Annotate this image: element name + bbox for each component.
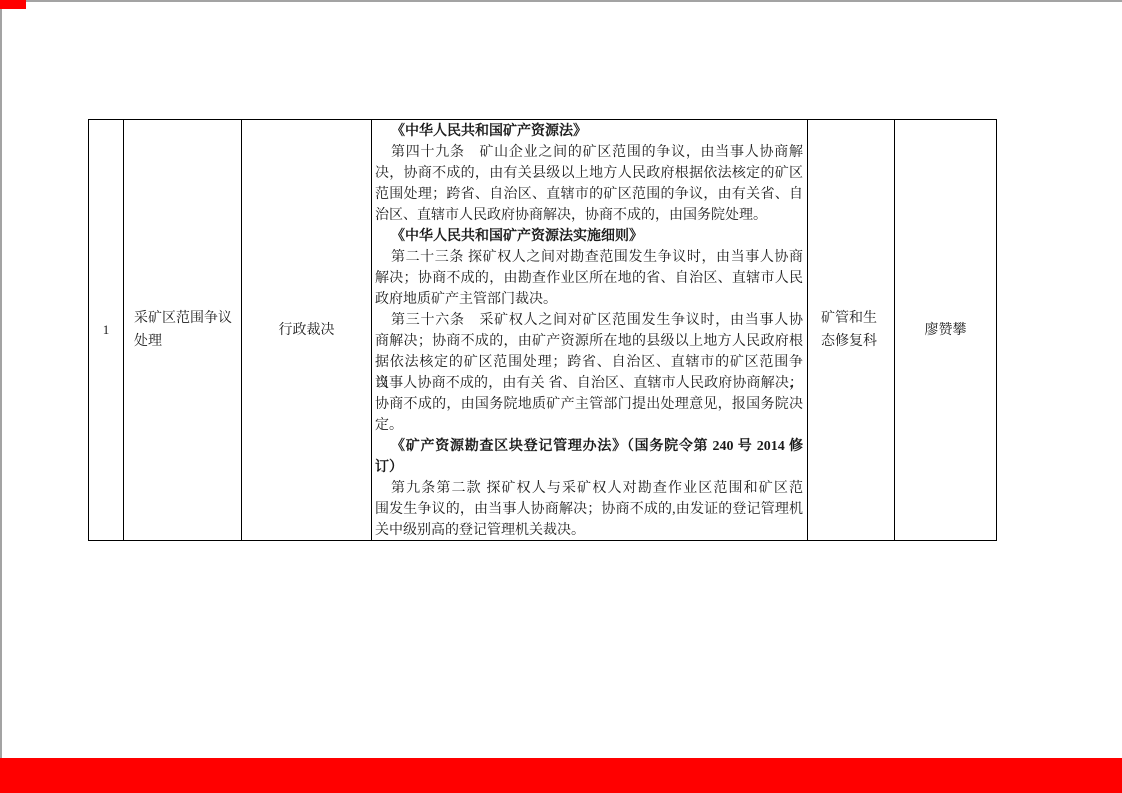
legal-line: 范围处理；跨省、自治区、直辖市的矿区范围的争议，由有关省、自 bbox=[375, 184, 803, 205]
responsible-name: 廖赞攀 bbox=[925, 319, 967, 342]
department-cell: 矿管和生态修复科 bbox=[807, 120, 894, 540]
method-cell: 行政裁决 bbox=[241, 120, 371, 540]
legal-line: 《矿产资源勘查区块登记管理办法》（国务院令第 240 号 2014 修 bbox=[375, 436, 803, 457]
duties-table: 1 采矿区范围争议处理 行政裁决 《中华人民共和国矿产资源法》第四十九条 矿山企… bbox=[88, 119, 997, 541]
legal-line: 关中级别高的登记管理机关裁决。 bbox=[375, 520, 803, 540]
legal-line: 第四十九条 矿山企业之间的矿区范围的争议，由当事人协商解 bbox=[375, 142, 803, 163]
responsible-cell: 廖赞攀 bbox=[894, 120, 996, 540]
red-bottom-bar bbox=[0, 758, 1122, 793]
document-page: { "document": { "row": { "number": "1", … bbox=[0, 0, 1122, 793]
method-label: 行政裁决 bbox=[279, 319, 335, 342]
legal-line: 治区、直辖市人民政府协商解决，协商不成的，由国务院处理。 bbox=[375, 205, 803, 226]
window-top-edge bbox=[0, 0, 1122, 2]
legal-line: 据依法核定的矿区范围处理；跨省、自治区、直辖市的矿区范围争议， bbox=[375, 352, 803, 373]
legal-line: 《中华人民共和国矿产资源法实施细则》 bbox=[375, 226, 803, 247]
legal-line: 政府地质矿产主管部门裁决。 bbox=[375, 289, 803, 310]
legal-line: 第九条第二款 探矿权人与采矿权人对勘查作业区范围和矿区范 bbox=[375, 478, 803, 499]
red-corner-mark bbox=[0, 0, 26, 9]
legal-line: 定。 bbox=[375, 415, 803, 436]
legal-line: 商解决；协商不成的，由矿产资源所在地的县级以上地方人民政府根 bbox=[375, 331, 803, 352]
row-number-cell: 1 bbox=[89, 120, 123, 540]
legal-line: 围发生争议的，由当事人协商解决；协商不成的,由发证的登记管理机 bbox=[375, 499, 803, 520]
legal-line: 第二十三条 探矿权人之间对勘查范围发生争议时，由当事人协商 bbox=[375, 247, 803, 268]
legal-line: 订） bbox=[375, 457, 803, 478]
legal-line: 第三十六条 采矿权人之间对矿区范围发生争议时，由当事人协 bbox=[375, 310, 803, 331]
department-name: 矿管和生态修复科 bbox=[821, 307, 881, 353]
row-number: 1 bbox=[103, 322, 110, 338]
window-left-edge bbox=[0, 0, 2, 793]
item-cell: 采矿区范围争议处理 bbox=[123, 120, 241, 540]
legal-line: 当事人协商不成的，由有关 省、自治区、直辖市人民政府协商解决； bbox=[375, 373, 803, 394]
legal-line: 《中华人民共和国矿产资源法》 bbox=[375, 121, 803, 142]
legal-line: 协商不成的，由国务院地质矿产主管部门提出处理意见，报国务院决 bbox=[375, 394, 803, 415]
legal-line: 决，协商不成的，由有关县级以上地方人民政府根据依法核定的矿区 bbox=[375, 163, 803, 184]
legal-line: 解决；协商不成的，由勘查作业区所在地的省、自治区、直辖市人民 bbox=[375, 268, 803, 289]
legal-basis-cell: 《中华人民共和国矿产资源法》第四十九条 矿山企业之间的矿区范围的争议，由当事人协… bbox=[371, 120, 807, 540]
item-name: 采矿区范围争议处理 bbox=[134, 307, 235, 353]
